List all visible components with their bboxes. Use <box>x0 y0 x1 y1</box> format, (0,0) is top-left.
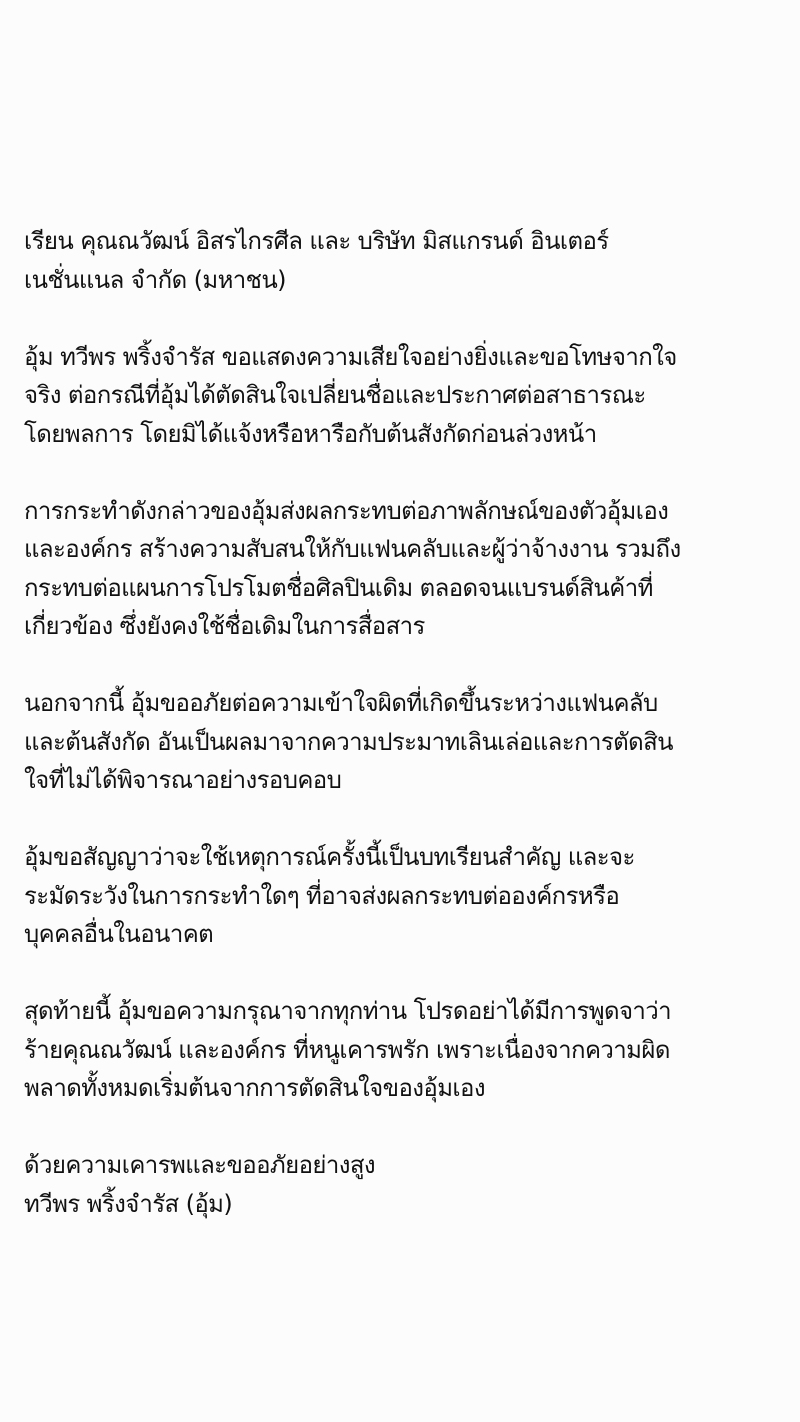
text-line: ระมัดระวังในการกระทำใดๆ ที่อาจส่งผลกระทบ… <box>24 877 794 916</box>
paragraph-apology: อุ้ม ทวีพร พริ้งจำรัส ขอแสดงความเสียใจอย… <box>24 338 794 454</box>
text-line: เกี่ยวข้อง ซึ่งยังคงใช้ชื่อเดิมในการสื่อ… <box>24 607 794 646</box>
text-line: อุ้ม ทวีพร พริ้งจำรัส ขอแสดงความเสียใจอย… <box>24 338 794 377</box>
text-line: กระทบต่อแผนการโปรโมตชื่อศิลปินเดิม ตลอดจ… <box>24 569 794 608</box>
text-line: การกระทำดังกล่าวของอุ้มส่งผลกระทบต่อภาพล… <box>24 492 794 531</box>
text-line: ใจที่ไม่ได้พิจารณาอย่างรอบคอบ <box>24 761 794 800</box>
signature-name: ทวีพร พริ้งจำรัส (อุ้ม) <box>24 1185 794 1224</box>
closing-signature: ด้วยความเคารพและขออภัยอย่างสูง ทวีพร พริ… <box>24 1146 794 1223</box>
closing-line: ด้วยความเคารพและขออภัยอย่างสูง <box>24 1146 794 1185</box>
text-line: ร้ายคุณณวัฒน์ และองค์กร ที่หนูเคารพรัก เ… <box>24 1031 794 1070</box>
paragraph-misunderstanding: นอกจากนี้ อุ้มขออภัยต่อความเข้าใจผิดที่เ… <box>24 684 794 800</box>
text-line: อุ้มขอสัญญาว่าจะใช้เหตุการณ์ครั้งนี้เป็น… <box>24 838 794 877</box>
salutation-line: เนชั่นแนล จำกัด (มหาชน) <box>24 261 794 300</box>
text-line: จริง ต่อกรณีที่อุ้มได้ตัดสินใจเปลี่ยนชื่… <box>24 376 794 415</box>
text-line: นอกจากนี้ อุ้มขออภัยต่อความเข้าใจผิดที่เ… <box>24 684 794 723</box>
apology-letter: เรียน คุณณวัฒน์ อิสรไกรศีล และ บริษัท มิ… <box>24 222 794 1223</box>
text-line: สุดท้ายนี้ อุ้มขอความกรุณาจากทุกท่าน โปร… <box>24 992 794 1031</box>
paragraph-impact: การกระทำดังกล่าวของอุ้มส่งผลกระทบต่อภาพล… <box>24 492 794 646</box>
paragraph-promise: อุ้มขอสัญญาว่าจะใช้เหตุการณ์ครั้งนี้เป็น… <box>24 838 794 954</box>
text-line: และองค์กร สร้างความสับสนให้กับแฟนคลับและ… <box>24 530 794 569</box>
text-line: และต้นสังกัด อันเป็นผลมาจากความประมาทเลิ… <box>24 723 794 762</box>
text-line: โดยพลการ โดยมิได้แจ้งหรือหารือกับต้นสังก… <box>24 415 794 454</box>
salutation-line: เรียน คุณณวัฒน์ อิสรไกรศีล และ บริษัท มิ… <box>24 222 794 261</box>
text-line: พลาดทั้งหมดเริ่มต้นจากการตัดสินใจของอุ้ม… <box>24 1069 794 1108</box>
text-line: บุคคลอื่นในอนาคต <box>24 915 794 954</box>
salutation: เรียน คุณณวัฒน์ อิสรไกรศีล และ บริษัท มิ… <box>24 222 794 299</box>
paragraph-request: สุดท้ายนี้ อุ้มขอความกรุณาจากทุกท่าน โปร… <box>24 992 794 1108</box>
